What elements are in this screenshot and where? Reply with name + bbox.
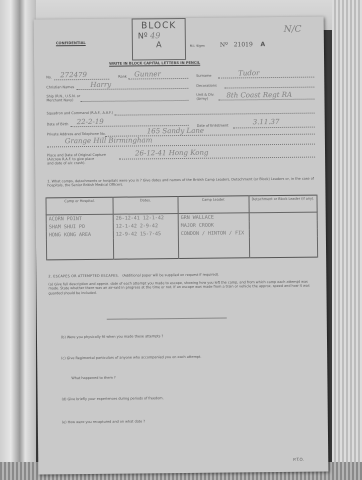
serial-prefix: Nº [220,41,228,48]
question-2b: (b) Were you physically fit when you mad… [61,334,163,339]
annotation-nc: N/C [284,25,302,35]
christian-names-line [76,88,188,90]
decorations-label: Decorations [196,84,216,88]
question-1-text: 1. What camps, detachments or hospitals … [47,177,317,189]
enlistment-value: 3.11.37 [253,118,280,126]
block-no-label: Nº [138,31,148,40]
background-folder-edge-right [332,0,362,480]
no-label: No. [46,75,52,79]
enlistment-line [233,127,315,129]
unit-label: Unit & Div. (Army) [196,93,216,101]
divider-stroke [107,318,227,320]
question-2c: (c) Give Regimental particulars of anyon… [61,355,201,360]
capture-label: Place and Date of Original Capture (Airc… [47,153,106,166]
christian-names-value: Harry [90,81,111,89]
squadron-label: Squadron and Command (R.A.F., A.A.F.) [47,111,113,116]
dob-value: 22-2-19 [77,118,104,126]
instruction-heading: WRITE IN BLOCK CAPITAL LETTERS IN PENCIL [109,61,200,66]
surname-value: Tudor [238,69,259,77]
ship-line [80,100,188,102]
column-camp: Camp or Hospital. [46,197,113,215]
question-2-note: (Additional paper will be supplied on re… [122,273,219,278]
question-2c-followup: What happened to them ? [71,376,115,380]
squadron-line [115,113,315,116]
serial-number: Nº 21019 A [220,41,265,48]
address-label: Private Address and Telephone No. [47,132,106,137]
pto-label: P.T.O. [293,457,304,462]
decorations-line [224,87,314,89]
block-stamp: BLOCK Nº 49 A [132,18,186,61]
question-2d: (d) Give briefly your experiences during… [62,396,164,401]
background-folder-edge-left [0,0,36,480]
block-number: 49 [150,31,160,40]
question-2-heading-row: 2. ESCAPES OR ATTEMPTED ESCAPES. (Additi… [48,273,219,279]
question-2-heading: 2. ESCAPES OR ATTEMPTED ESCAPES. [48,274,119,279]
surname-line [218,77,314,79]
no-value: 272479 [60,71,87,79]
surname-label: Surname [196,74,211,78]
form-reference: M.I. 9/gen [190,44,205,48]
table-row-empty [46,237,317,260]
question-2e: (e) How were you recaptured and on what … [62,419,145,424]
capture-label-3: and date of a/c crash). [47,161,106,166]
column-camp-leader: Camp Leader. [178,196,249,214]
unit-line [218,99,314,101]
dob-label: Date of Birth [47,122,69,126]
serial-value: 21019 [234,41,253,48]
column-dates: Dates. [113,197,178,215]
camps-table: Camp or Hospital. Dates. Camp Leader. De… [45,195,318,261]
address-line2: Grange Hill Birmingham [65,136,153,145]
rank-label: Rank [118,75,127,79]
block-label: BLOCK [133,21,185,32]
column-detachment-leader: Detachment or Block Leader (if any). [249,195,317,213]
question-2a: (a) Give full description and approx. da… [48,280,318,296]
serial-suffix: A [260,41,265,48]
confidential-label: CONFIDENTIAL [56,41,86,45]
block-letter: A [133,40,185,50]
rank-line [128,78,188,80]
document-page: CONFIDENTIAL BLOCK Nº 49 A M.I. 9/gen Nº… [34,16,329,474]
capture-value: 26-12-41 Hong Kong [135,149,209,158]
christian-names-label: Christian Names [46,85,74,89]
